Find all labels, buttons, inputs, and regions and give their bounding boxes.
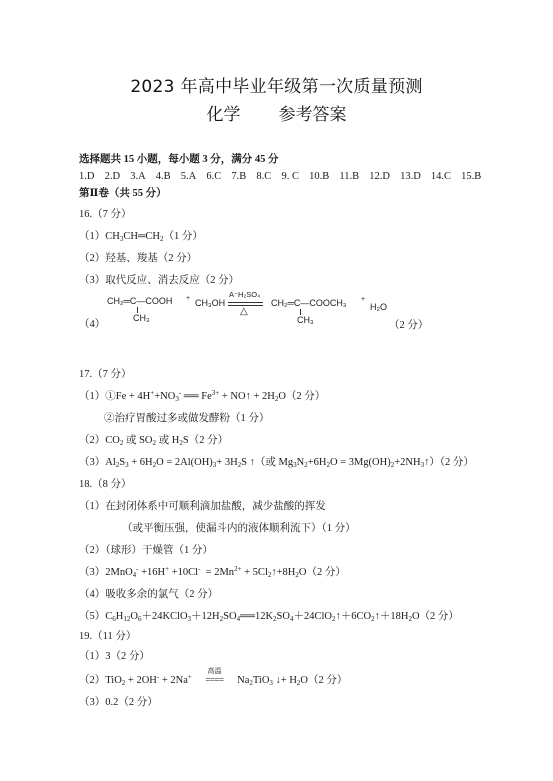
answer-9: 9. C — [281, 170, 299, 183]
q17-part2: （2）CO2 或 SO2 或 H2S（2 分） — [79, 434, 228, 447]
q17-part1b: ②治疗胃酸过多或做发酵粉（1 分） — [104, 412, 269, 425]
forward-arrow — [228, 302, 263, 303]
q17-part1a: （1）①Fe + 4H++NO3- ══ Fe3+ + NO↑ + 2H2O（2… — [79, 390, 325, 403]
q16-part2: （2）羟基、羧基（2 分） — [79, 252, 197, 265]
q19-part3: （3）0.2（2 分） — [79, 696, 158, 709]
answer-8: 8.C — [256, 170, 271, 183]
q19-heading: 19.（11 分） — [79, 630, 136, 643]
answer-3: 3.A — [130, 170, 145, 183]
high-temp-equals: 高温 ==== — [194, 674, 234, 687]
answer-15: 15.B — [461, 170, 481, 183]
q18-part5: （5）C6H12O6＋24KClO3＋12H2SO4══12K2SO4＋24Cl… — [79, 610, 459, 623]
answer-1: 1.D — [79, 170, 94, 183]
answer-key-label: 参考答案 — [279, 105, 347, 125]
product-ester-branch: CH₃ — [297, 315, 314, 325]
high-temp-condition: 高温 — [194, 665, 234, 678]
reactant-acid-branch: CH₃ — [133, 313, 150, 323]
product-ester: CH₂═C—COOCH₃ — [271, 298, 347, 308]
q19-part1: （1）3（2 分） — [79, 650, 150, 663]
answer-5: 5.A — [181, 170, 196, 183]
q18-heading: 18.（8 分） — [79, 478, 132, 491]
multiple-choice-heading: 选择题共 15 小题，每小题 3 分，满分 45 分 — [79, 153, 279, 166]
answer-2: 2.D — [105, 170, 120, 183]
subject-label: 化学 — [207, 105, 241, 125]
answer-11: 11.B — [339, 170, 359, 183]
q16-heading: 16.（7 分） — [79, 208, 132, 221]
multiple-choice-answers: 1.D 2.D 3.A 4.B 5.A 6.C 7.B 8.C 9. C 10.… — [79, 170, 489, 183]
answer-14: 14.C — [431, 170, 451, 183]
answer-10: 10.B — [309, 170, 329, 183]
answer-7: 7.B — [231, 170, 246, 183]
section2-heading: 第Ⅱ卷（共 55 分） — [79, 187, 167, 200]
product-water: H₂O — [370, 302, 387, 312]
condition-catalyst: A⁻H₂SO₄ — [229, 290, 260, 299]
q18-part4: （4）吸收多余的氯气（2 分） — [79, 588, 218, 601]
q17-part3: （3）Al2S3 + 6H2O = 2Al(OH)3+ 3H2S ↑（或 Mg3… — [79, 456, 474, 469]
q16-part4-label: （4） — [79, 318, 105, 331]
q18-part2: （2）（球形）干燥管（1 分） — [79, 544, 213, 557]
q16-part1: （1）CH3CH═CH2（1 分） — [79, 230, 203, 243]
document-subtitle: 化学参考答案 — [0, 100, 553, 125]
answer-13: 13.D — [400, 170, 421, 183]
answer-12: 12.D — [369, 170, 390, 183]
heat-triangle-icon: △ — [240, 306, 248, 317]
q16-part4-score: （2 分） — [389, 317, 428, 332]
answer-4: 4.B — [156, 170, 171, 183]
reactant-methanol: CH₃OH — [195, 298, 225, 308]
plus-sign-1: + — [186, 295, 190, 302]
document-title: 2023 年高中毕业年级第一次质量预测 — [0, 72, 553, 97]
q19-part2: （2）TiO2 + 2OH- + 2Na+ 高温 ==== Na2TiO3 ↓+… — [79, 674, 347, 687]
q18-part1: （1）在封闭体系中可顺利滴加盐酸，减少盐酸的挥发 — [79, 500, 326, 513]
q16-part3: （3）取代反应、消去反应（2 分） — [79, 274, 239, 287]
plus-sign-2: + — [361, 296, 365, 303]
q18-part3: （3）2MnO4- +16H+ +10Cl- = 2Mn2+ + 5Cl2↑+8… — [79, 566, 346, 579]
answer-6: 6.C — [206, 170, 221, 183]
reactant-acid: CH₂═C—COOH — [107, 296, 172, 306]
q17-heading: 17.（7 分） — [79, 368, 132, 381]
q18-part1-continued: （或平衡压强，使漏斗内的液体顺利流下）（1 分） — [122, 522, 356, 535]
